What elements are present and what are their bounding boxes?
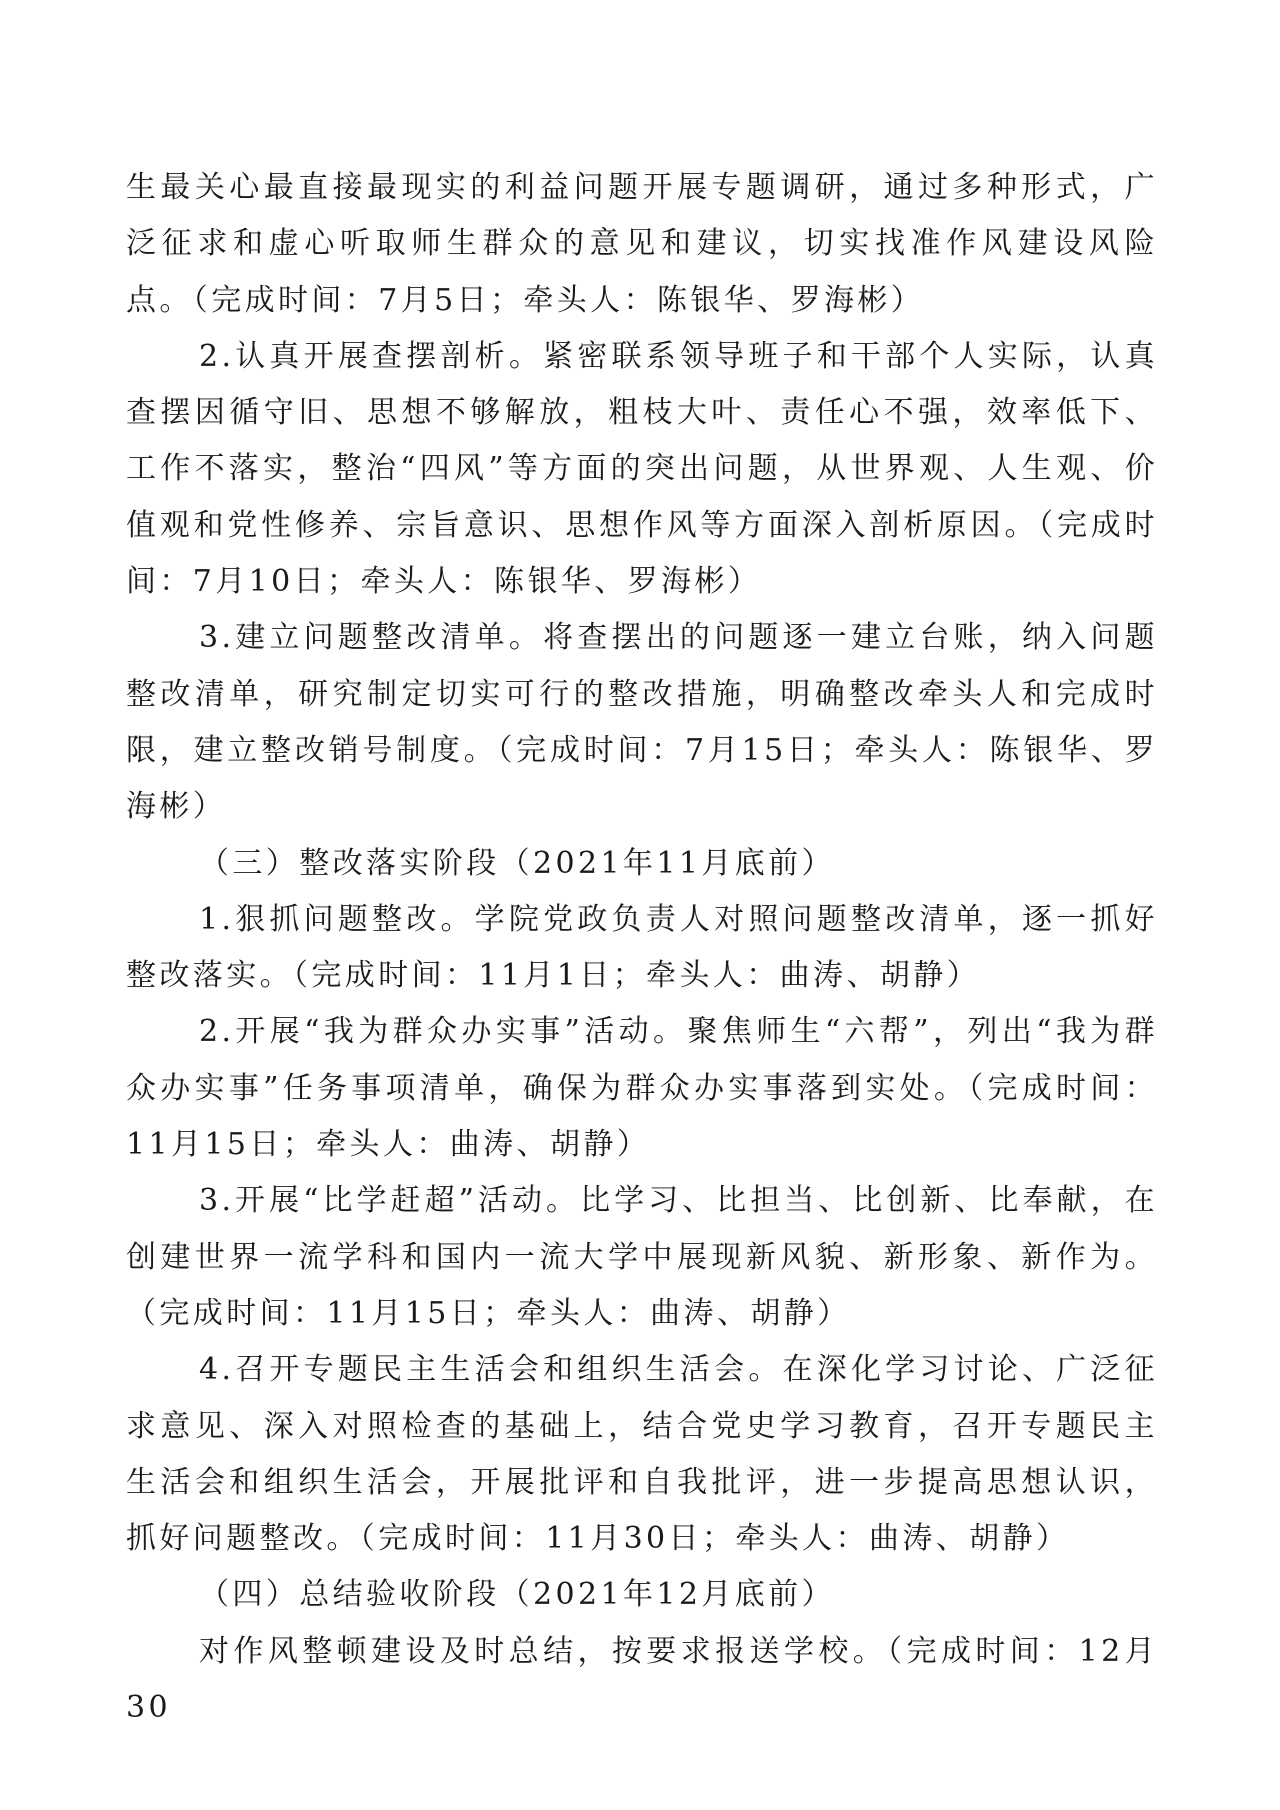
section-heading-summary-stage: （四）总结验收阶段（2021年12月底前） bbox=[126, 1567, 1158, 1623]
paragraph-continuation: 生最关心最直接最现实的利益问题开展专题调研，通过多种形式，广泛征求和虚心听取师生… bbox=[126, 160, 1158, 329]
paragraph-item-3-emulation-activity: 3.开展“比学赶超”活动。比学习、比担当、比创新、比奉献，在创建世界一流学科和国… bbox=[126, 1173, 1158, 1342]
paragraph-item-3-rectification-list: 3.建立问题整改清单。将查摆出的问题逐一建立台账，纳入问题整改清单，研究制定切实… bbox=[126, 610, 1158, 835]
paragraph-item-2-practical-deeds: 2.开展“我为群众办实事”活动。聚焦师生“六帮”，列出“我为群众办实事”任务事项… bbox=[126, 1004, 1158, 1173]
paragraph-item-1-rectify-problems: 1.狠抓问题整改。学院党政负责人对照问题整改清单，逐一抓好整改落实。（完成时间：… bbox=[126, 892, 1158, 1005]
paragraph-summary-report: 对作风整顿建设及时总结，按要求报送学校。（完成时间：12月30 bbox=[126, 1624, 1158, 1737]
paragraph-item-2-self-examination: 2.认真开展查摆剖析。紧密联系领导班子和干部个人实际，认真查摆因循守旧、思想不够… bbox=[126, 329, 1158, 610]
paragraph-item-4-life-meetings: 4.召开专题民主生活会和组织生活会。在深化学习讨论、广泛征求意见、深入对照检查的… bbox=[126, 1342, 1158, 1567]
section-heading-rectification-stage: （三）整改落实阶段（2021年11月底前） bbox=[126, 836, 1158, 892]
document-page: 生最关心最直接最现实的利益问题开展专题调研，通过多种形式，广泛征求和虚心听取师生… bbox=[126, 160, 1158, 1736]
